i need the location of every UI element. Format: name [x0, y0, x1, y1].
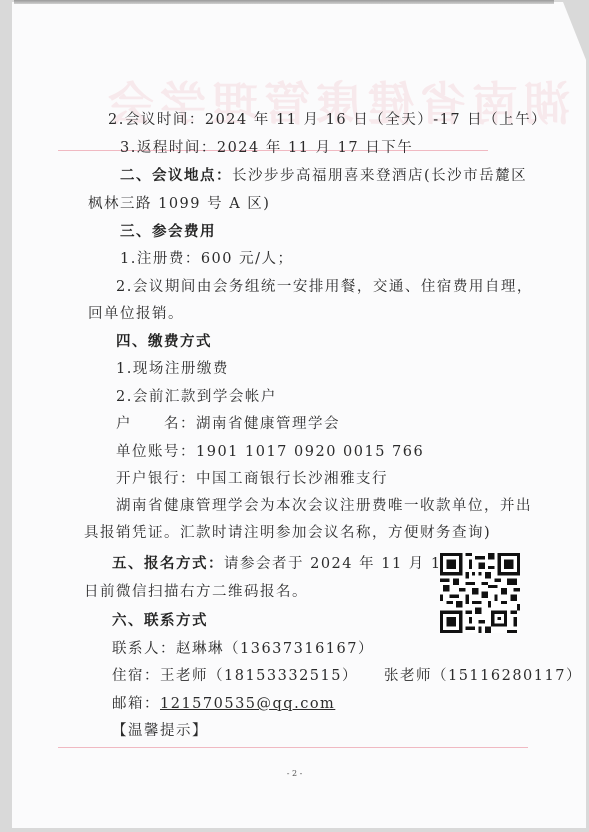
payment-heading: 四、缴费方式	[116, 330, 212, 351]
tips-heading: 【温馨提示】	[112, 719, 208, 740]
registration-line2: 日前微信扫描右方二维码报名。	[84, 580, 308, 601]
bank-name: 开户银行：中国工商银行长沙湘雅支行	[116, 467, 388, 488]
location-line2: 枫林三路 1099 号 A 区)	[88, 192, 270, 213]
fees-item2-line2: 回单位报销。	[88, 302, 184, 323]
scan-edge-shadow	[14, 0, 554, 4]
registration-line1: 五、报名方式：请参会者于 2024 年 11 月 10	[112, 552, 452, 573]
fees-heading: 三、参会费用	[120, 220, 216, 241]
qr-code-icon[interactable]	[440, 553, 520, 633]
page-number: - 2 -	[0, 769, 589, 778]
payment-item1: 1.现场注册缴费	[116, 357, 229, 378]
account-name: 户 名：湖南省健康管理学会	[116, 412, 340, 433]
return-time: 3.返程时间：2024 年 11 月 17 日下午	[120, 136, 413, 157]
email-link[interactable]: 121570535@qq.com	[160, 696, 335, 712]
red-divider-bottom	[58, 747, 528, 748]
contact-email: 邮箱：121570535@qq.com	[112, 692, 335, 713]
fees-item1: 1.注册费：600 元/人；	[120, 247, 294, 268]
fees-item2-line1: 2.会议期间由会务组统一安排用餐，交通、住宿费用自理，	[116, 275, 533, 296]
account-number: 单位账号：1901 1017 0920 0015 766	[116, 440, 424, 461]
contact-heading: 六、联系方式	[112, 609, 208, 630]
payment-item2: 2.会前汇款到学会帐户	[116, 385, 277, 406]
contact-person: 联系人：赵琳琳（13637316167）	[112, 637, 374, 658]
contact-lodging: 住宿：王老师（18153332515）张老师（15116280117）	[112, 664, 582, 685]
payment-note-line2: 具报销凭证。汇款时请注明参加会议名称，方便财务查询)	[84, 521, 491, 542]
payment-note-line1: 湖南省健康管理学会为本次会议注册费唯一收款单位，并出	[116, 494, 532, 515]
location-line1: 二、会议地点：长沙步步高福朋喜来登酒店(长沙市岳麓区	[120, 164, 527, 185]
meeting-time: 2.会议时间：2024 年 11 月 16 日（全天）-17 日（上午）	[108, 108, 547, 129]
